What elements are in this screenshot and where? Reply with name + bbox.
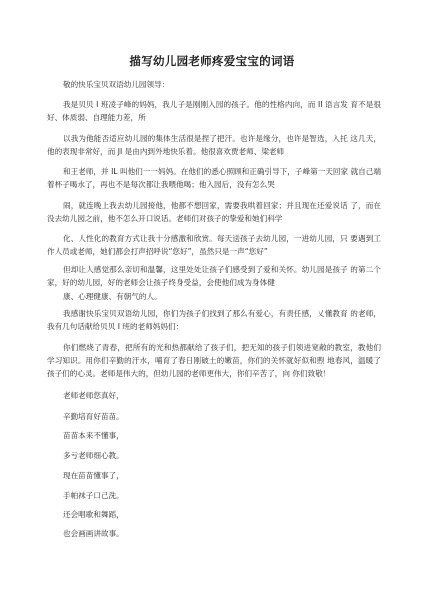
poem-line: 多亏老师细心教。 — [63, 450, 124, 461]
paragraph-2: 以我为他能否适应幼儿园的集体生活很是捏了把汗。也许是缘分，也许是智选，入托 这几… — [47, 132, 381, 158]
poem-line: 辛勤培育好苗苗。 — [63, 411, 124, 422]
paragraph-9: 你们燃烧了青春，把所有的光和热都献给了孩子们，把无知的孩子们领进宽敞的教室，教他… — [47, 341, 381, 380]
poem-line: 现在苗苗懂事了， — [63, 470, 124, 481]
poem-line: 手帕袜子口己洗。 — [63, 490, 124, 501]
paragraph-8: 我感谢快乐宝贝双语幼儿园，你们为孩子们找到了那么有爱心，有责任感，乂懂教育 的老… — [47, 307, 381, 333]
poem-line: 还会唱歌和舞蹈， — [63, 509, 124, 520]
paragraph-3: 和王老师，并 IL 叫他们一一妈妈。在他们的悉心照顾和正确引导下，子峰第一天回家… — [47, 165, 381, 191]
poem-line: 老师老师您真好， — [63, 390, 124, 401]
document-title: 描写幼儿园老师疼爱宝宝的词语 — [0, 53, 424, 69]
paragraph-4: 闹，就连晚上我去幼儿园接他，他都不想回家，需要我哄着回家；并且现在还爱说话 了，… — [47, 199, 381, 225]
document-page: 描写幼儿园老师疼爱宝宝的词语 敬的快乐宝贝双语幼儿园领导： 我是贝贝 I 班凌子… — [0, 0, 424, 600]
greeting-line: 敬的快乐宝贝双语幼儿园领导： — [47, 78, 381, 91]
poem-line: 苗苗本来不懂事， — [63, 430, 124, 441]
paragraph-5: 化、人性化的教育方式让我十分感激和欣赏。每天送孩子去幼儿园，一进幼儿园，只 要遇… — [47, 232, 381, 258]
paragraph-6: 但却让人感觉那么亲切和温馨，这里处处让孩子们感受到了爱和关怀。幼儿园是孩子 的第… — [47, 263, 381, 289]
paragraph-1: 我是贝贝 I 班凌子峰的妈妈，我儿子是刚刚入园的孩子。他的性格内向，而 II 语… — [47, 98, 381, 124]
paragraph-7: 康、心理健康、有朝气的人。 — [47, 290, 381, 303]
poem-line: 也会画画讲故事。 — [63, 528, 124, 539]
